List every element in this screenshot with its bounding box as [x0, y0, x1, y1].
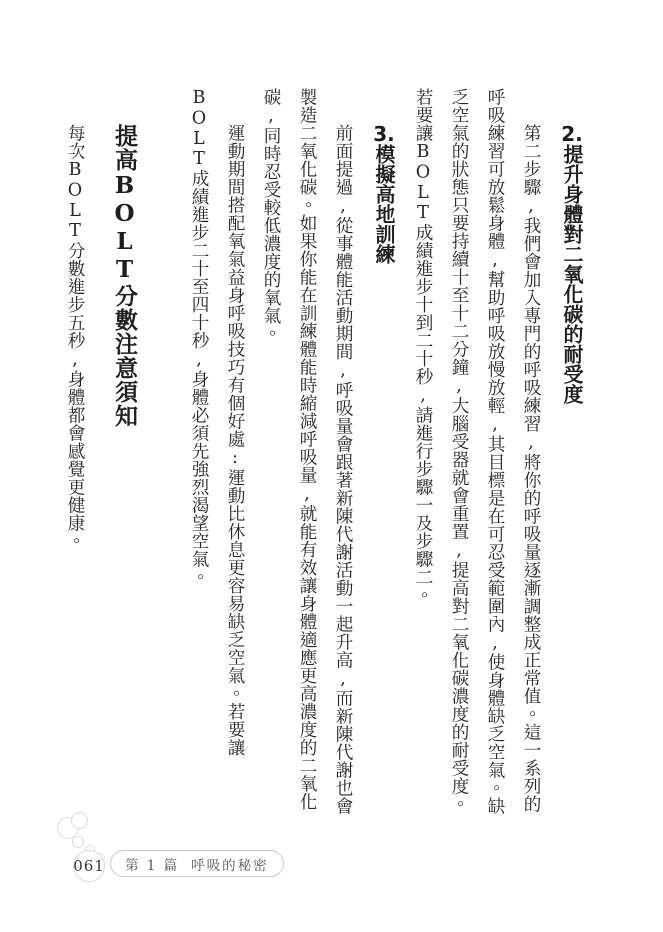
- paragraph-notice: 每次BOLT分數進步五秒,身體都會感覺更健康。: [57, 88, 93, 822]
- page-number: 061: [73, 857, 105, 875]
- book-title: 呼吸的秘密: [191, 854, 269, 874]
- section-number-2: 2.: [560, 124, 584, 144]
- paragraph-altitude-2: 運動期間搭配氧氣益身呼吸技巧有個好處:運動比休息更容易缺乏空氣。若要讓BOLT成…: [181, 88, 253, 822]
- decorative-bubble-icon: [72, 836, 84, 848]
- section-heading-2: 2.提升身體對二氧化碳的耐受度: [555, 88, 589, 822]
- page-number-badge: 061: [73, 850, 105, 882]
- paragraph-altitude-1: 前面提過,從事體能活動期間,呼吸量會跟著新陳代謝活動一起升高,而新陳代謝也會製造…: [253, 88, 361, 822]
- section-title-3: 模擬高地訓練: [372, 144, 396, 264]
- running-footer-pill: 第 1 篇 呼吸的秘密: [110, 850, 284, 877]
- book-page: 2.提升身體對二氧化碳的耐受度 第二步驟,我們會加入專門的呼吸練習,將你的呼吸量…: [0, 0, 663, 932]
- section-heading-3: 3.模擬高地訓練: [367, 88, 401, 822]
- vertical-text-block: 2.提升身體對二氧化碳的耐受度 第二步驟,我們會加入專門的呼吸練習,將你的呼吸量…: [57, 88, 593, 822]
- section-title-2: 提升身體對二氧化碳的耐受度: [560, 144, 584, 404]
- part-label: 第 1 篇: [125, 854, 179, 874]
- paragraph-step2: 第二步驟,我們會加入專門的呼吸練習,將你的呼吸量逐漸調整成正常值。這一系列的呼吸…: [405, 88, 549, 822]
- decorative-bubble-icon: [71, 812, 88, 829]
- notice-heading: 提高BOLT分數注意須知: [103, 88, 145, 822]
- section-number-3: 3.: [372, 124, 396, 144]
